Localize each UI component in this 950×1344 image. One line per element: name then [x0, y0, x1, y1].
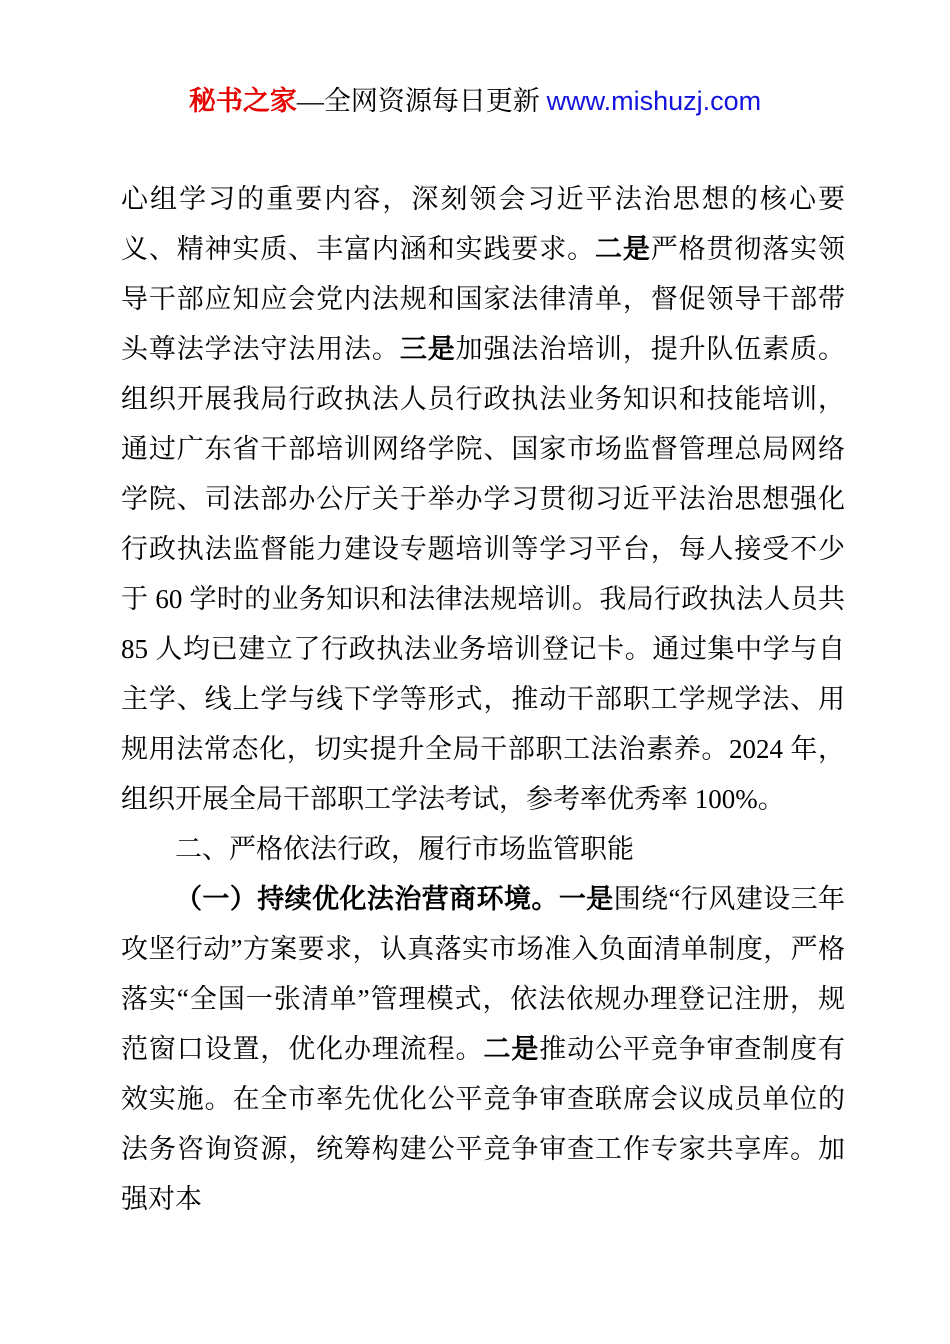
- site-banner: 秘书之家—全网资源每日更新 www.mishuzj.com: [0, 84, 950, 118]
- body-paragraph-subsection: （一）持续优化法治营商环境。一是围绕“行风建设三年攻坚行动”方案要求，认真落实市…: [121, 874, 845, 1224]
- site-name: 秘书之家: [189, 86, 297, 116]
- document-page: 秘书之家—全网资源每日更新 www.mishuzj.com 心组学习的重要内容，…: [0, 0, 950, 1344]
- section-heading-text: 二、严格依法行政，履行市场监管职能: [175, 834, 634, 864]
- text-run-bold: （一）持续优化法治营商环境。一是: [175, 884, 614, 914]
- site-url-link[interactable]: www.mishuzj.com: [547, 86, 762, 116]
- banner-tagline: —全网资源每日更新: [297, 86, 547, 116]
- text-run-bold: 二是: [595, 234, 651, 264]
- text-run: 加强法治培训，提升队伍素质。组织开展我局行政执法人员行政执法业务知识和技能培训，…: [121, 334, 845, 814]
- body-paragraph-continued: 心组学习的重要内容，深刻领会习近平法治思想的核心要义、精神实质、丰富内涵和实践要…: [121, 174, 845, 824]
- text-run-bold: 二是: [483, 1034, 539, 1064]
- section-heading: 二、严格依法行政，履行市场监管职能: [121, 824, 845, 874]
- text-run-bold: 三是: [400, 334, 456, 364]
- document-body: 心组学习的重要内容，深刻领会习近平法治思想的核心要义、精神实质、丰富内涵和实践要…: [121, 174, 845, 1224]
